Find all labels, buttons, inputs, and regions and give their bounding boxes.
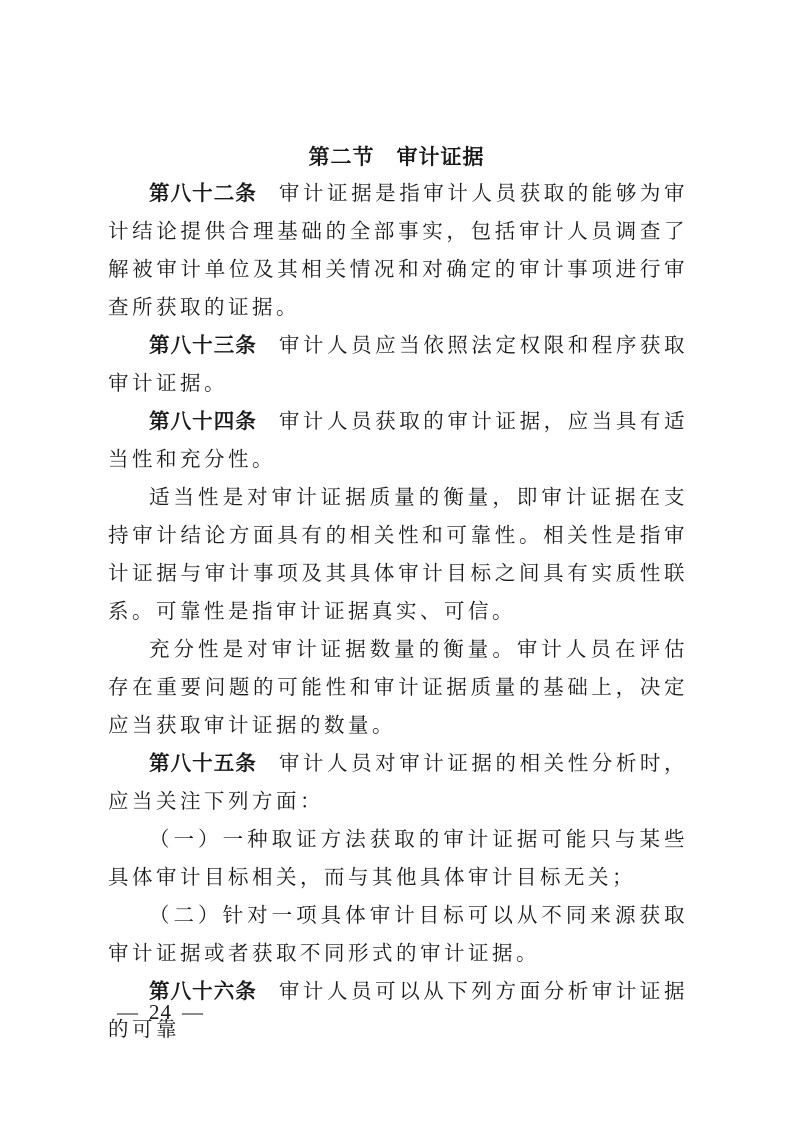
article-label: 第八十二条 — [149, 181, 257, 205]
dash-left: — — [117, 998, 139, 1026]
article-label: 第八十三条 — [149, 333, 257, 357]
list-item-2: （二）针对一项具体审计目标可以从不同来源获取审计证据或者获取不同形式的审计证据。 — [108, 896, 688, 972]
paragraph-appropriateness: 适当性是对审计证据质量的衡量，即审计证据在支持审计结论方面具有的相关性和可靠性。… — [108, 478, 688, 630]
section-number: 第二节 — [309, 145, 375, 169]
paragraph-sufficiency: 充分性是对审计证据数量的衡量。审计人员在评估存在重要问题的可能性和审计证据质量的… — [108, 630, 688, 744]
article-label: 第八十四条 — [149, 409, 257, 433]
section-name: 审计证据 — [397, 145, 485, 169]
article-82: 第八十二条审计证据是指审计人员获取的能够为审计结论提供合理基础的全部事实，包括审… — [108, 174, 688, 326]
dash-right: — — [182, 998, 204, 1026]
article-83: 第八十三条审计人员应当依照法定权限和程序获取审计证据。 — [108, 326, 688, 402]
article-label: 第八十五条 — [149, 751, 257, 775]
document-page: 第二节审计证据 第八十二条审计证据是指审计人员获取的能够为审计结论提供合理基础的… — [0, 0, 793, 1122]
article-85: 第八十五条审计人员对审计证据的相关性分析时，应当关注下列方面： — [108, 744, 688, 820]
list-item-1: （一）一种取证方法获取的审计证据可能只与某些具体审计目标相关，而与其他具体审计目… — [108, 820, 688, 896]
document-body: 第八十二条审计证据是指审计人员获取的能够为审计结论提供合理基础的全部事实，包括审… — [108, 174, 688, 1048]
article-84: 第八十四条审计人员获取的审计证据，应当具有适当性和充分性。 — [108, 402, 688, 478]
section-title: 第二节审计证据 — [0, 142, 793, 172]
page-number-value: 24 — [149, 998, 172, 1026]
page-number: —24— — [117, 998, 204, 1026]
